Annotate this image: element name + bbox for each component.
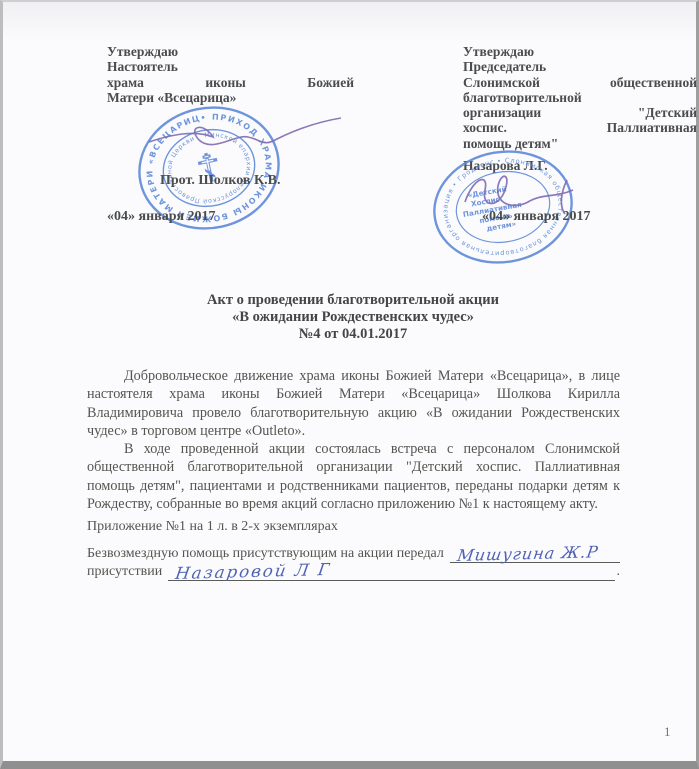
approval-right-line: благотворительной [463,90,697,105]
paragraph-1: Добровольческое движение храма иконы Бож… [87,367,620,440]
handwritten-name-witness: Назаровой Л Г [174,561,332,583]
page-number: 1 [664,724,671,740]
title-line-2: «В ожидании Рождественских чудес» [88,309,618,326]
title-line-3: №4 от 04.01.2017 [88,326,618,343]
signature-line: Назаровой Л Г [168,565,614,581]
signer-name-left: Прот. Шолков К.В. [160,173,280,189]
paragraph-2: В ходе проведенной акции состоялась встр… [87,440,620,513]
approval-left-line: Настоятель [107,59,354,74]
stamp-left-inner-ring-text: Минской епархии Белорусской Православной… [159,124,258,213]
approval-right-line: Слонимской общественной [463,75,697,90]
approval-left-line: Утверждаю [107,44,354,59]
approval-right-line: хоспис. Паллиативная [463,120,697,135]
witness-suffix: . [615,563,621,581]
stamp-right-center-line: Хоспис. [470,194,503,208]
handover-prefix: Безвозмездную помощь присутствующим на а… [87,545,450,563]
handover-section: Безвозмездную помощь присутствующим на а… [87,545,620,581]
signature-stroke-left [145,106,345,156]
witness-row: присутствии Назаровой Л Г . [87,563,620,581]
approval-right-line: Утверждаю [463,44,697,59]
stamp-right-center-line: «Детский [467,184,507,200]
approval-date-right: «04» января 2017 [482,209,591,225]
approval-left-line: храма иконы Божией [107,75,354,90]
approval-left-line: Матери «Всецарица» [107,90,354,105]
svg-text:Минской епархии Белорусской Пр: Минской епархии Белорусской Православной… [159,124,258,213]
approval-date-left: «04» января 2017 [107,209,216,225]
approval-right-line: Председатель [463,59,697,74]
approval-right-line: организации "Детский [463,105,697,120]
attachment-note: Приложение №1 на 1 л. в 2-х экземплярах [87,519,620,535]
signature-line: Мишугина Ж.Р [450,547,620,563]
handwritten-name-giver: Мишугина Ж.Р [456,543,600,565]
approval-block-left: Утверждаю Настоятель храма иконы Божией … [107,44,354,105]
scanned-act-document: Утверждаю Настоятель храма иконы Божией … [0,0,699,769]
signer-name-right: Назарова Л.Г. [463,158,697,173]
approval-right-line: помощь детям" [463,136,697,151]
handover-row: Безвозмездную помощь присутствующим на а… [87,545,620,563]
title-line-1: Акт о проведении благотворительной акции [88,292,618,309]
document-body: Добровольческое движение храма иконы Бож… [87,367,620,513]
witness-prefix: присутствии [87,563,168,581]
document-title: Акт о проведении благотворительной акции… [88,292,618,342]
approval-block-right: Утверждаю Председатель Слонимской общест… [463,44,697,173]
